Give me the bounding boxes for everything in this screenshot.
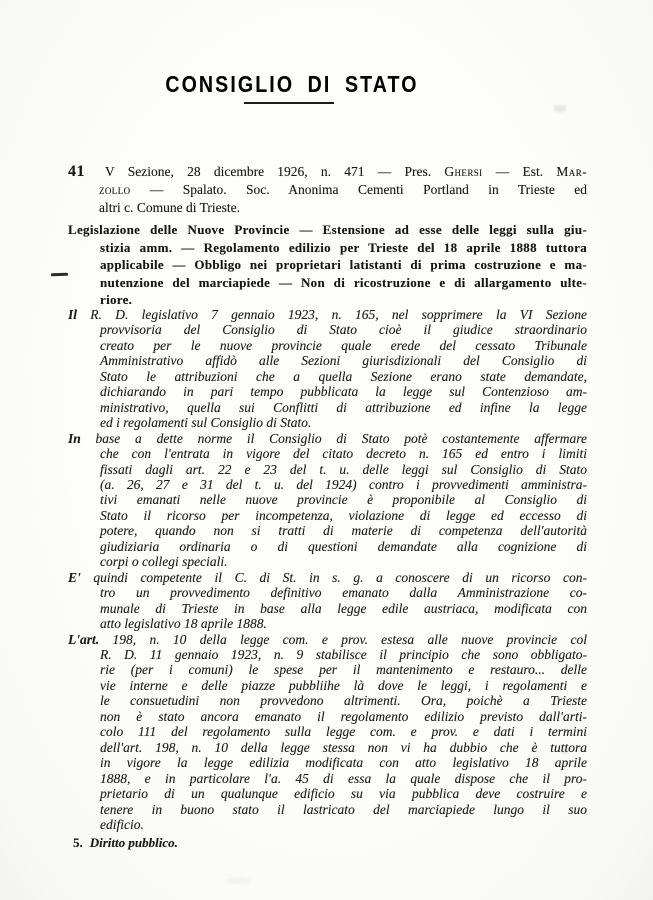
text-line: Il R. D. legislativo 7 gennaio 1923, n. … <box>68 307 587 322</box>
text-line: vie interne e delle piazze pubbliihe là … <box>100 678 587 693</box>
text-line: atto legislativo 18 aprile 1888. <box>100 616 587 631</box>
text-line: ministrativo, quella sui Conflitti di at… <box>100 400 587 415</box>
body-paragraph-1: Il R. D. legislativo 7 gennaio 1923, n. … <box>68 307 587 431</box>
text-line: applicabile — Obbligo nei proprietari la… <box>100 256 587 274</box>
text-line: rie (per i comuni) le spese per il mante… <box>100 662 587 677</box>
text-line: Amministrativo affidò alle Sezioni giuri… <box>100 353 587 368</box>
text-line: Stato le attribuzioni che a quella Sezio… <box>100 369 587 384</box>
document-page: CONSIGLIO DI STATO 41 V Sezione, 28 dice… <box>0 0 653 900</box>
text-line: munale di Trieste in base alla legge edi… <box>100 601 587 616</box>
footer-note: 5.Diritto pubblico. <box>73 835 178 851</box>
text-line: in vigore la legge edilizia modificata c… <box>100 755 587 770</box>
text-line: che con l'entrata in vigore del citato d… <box>100 446 587 461</box>
page-title-wrap: CONSIGLIO DI STATO <box>0 71 584 98</box>
text-line: edificio. <box>100 817 587 832</box>
footer-number: 5. <box>73 835 83 850</box>
case-number: 41 <box>68 163 85 181</box>
text-line: 1888, e in particolare l'a. 45 di essa l… <box>100 771 587 786</box>
text-line: tenere in buono stato il lastricato del … <box>100 802 587 817</box>
text-line: Legislazione delle Nuove Provincie — Est… <box>68 221 587 239</box>
text-line: Stato il ricorso per incompetenza, viola… <box>100 508 587 523</box>
text-line: altri c. Comune di Trieste. <box>99 199 587 217</box>
headnote: Legislazione delle Nuove Provincie — Est… <box>68 221 587 309</box>
text-line: R. D. 11 gennaio 1923, n. 9 stabilisce i… <box>100 647 587 662</box>
case-item: 41 V Sezione, 28 dicembre 1926, n. 471 —… <box>68 163 587 217</box>
text-line: tro un provvedimento definitivo emanato … <box>100 585 587 600</box>
text-line: ed i regolamenti sul Consiglio di Stato. <box>100 415 587 430</box>
text-line: nutenzione del marciapiede — Non di rico… <box>100 274 587 292</box>
text-line: provvisoria del Consiglio di Stato cioè … <box>100 322 587 337</box>
footer-text: Diritto pubblico. <box>90 835 178 850</box>
body-text: Il R. D. legislativo 7 gennaio 1923, n. … <box>68 307 587 832</box>
text-line: L'art. 198, n. 10 della legge com. e pro… <box>68 632 587 647</box>
text-line: V Sezione, 28 dicembre 1926, n. 471 — Pr… <box>99 163 587 181</box>
text-line: stizia amm. — Regolamento edilizio per T… <box>100 239 587 257</box>
text-line: zollo — Spalato. Soc. Anonima Cementi Po… <box>99 181 587 199</box>
body-paragraph-4: L'art. 198, n. 10 della legge com. e pro… <box>68 632 587 833</box>
text-line: prietario di un qualunque edificio su vi… <box>100 786 587 801</box>
text-line: E' quindi competente il C. di St. in s. … <box>68 570 587 585</box>
text-line: colo 111 del regolamento sulla legge com… <box>100 724 587 739</box>
text-line: non è stato ancora emanato il regolament… <box>100 709 587 724</box>
text-line: tivi emanati nelle nuove provincie è pro… <box>100 492 587 507</box>
scan-artifact-smudge <box>560 748 570 754</box>
scan-artifact-smudge <box>225 878 251 884</box>
text-line: le consuetudini non provvedono altriment… <box>100 693 587 708</box>
text-line: giudiziaria ordinaria o di questioni dem… <box>100 539 587 554</box>
scan-artifact-dash <box>51 273 68 277</box>
body-paragraph-2: In base a dette norme il Consiglio di St… <box>68 431 587 570</box>
text-line: (a. 26, 27 e 31 del t. u. del 1924) cont… <box>100 477 587 492</box>
text-line: potere, quando non si tratti di materie … <box>100 523 587 538</box>
text-line: creato per le nuove provincie quale ered… <box>100 338 587 353</box>
scan-artifact-smudge <box>553 105 567 112</box>
case-header-lines: V Sezione, 28 dicembre 1926, n. 471 — Pr… <box>99 163 587 217</box>
text-line: dell'art. 198, n. 10 della legge stessa … <box>100 740 587 755</box>
text-line: corpi o collegi speciali. <box>100 554 587 569</box>
text-line: In base a dette norme il Consiglio di St… <box>68 431 587 446</box>
body-paragraph-3: E' quindi competente il C. di St. in s. … <box>68 570 587 632</box>
title-divider <box>244 102 334 104</box>
text-line: fissati dagli art. 22 e 23 del t. u. del… <box>100 462 587 477</box>
page-title: CONSIGLIO DI STATO <box>165 71 418 98</box>
text-line: dichiarando in pari tempo pubblicata la … <box>100 384 587 399</box>
